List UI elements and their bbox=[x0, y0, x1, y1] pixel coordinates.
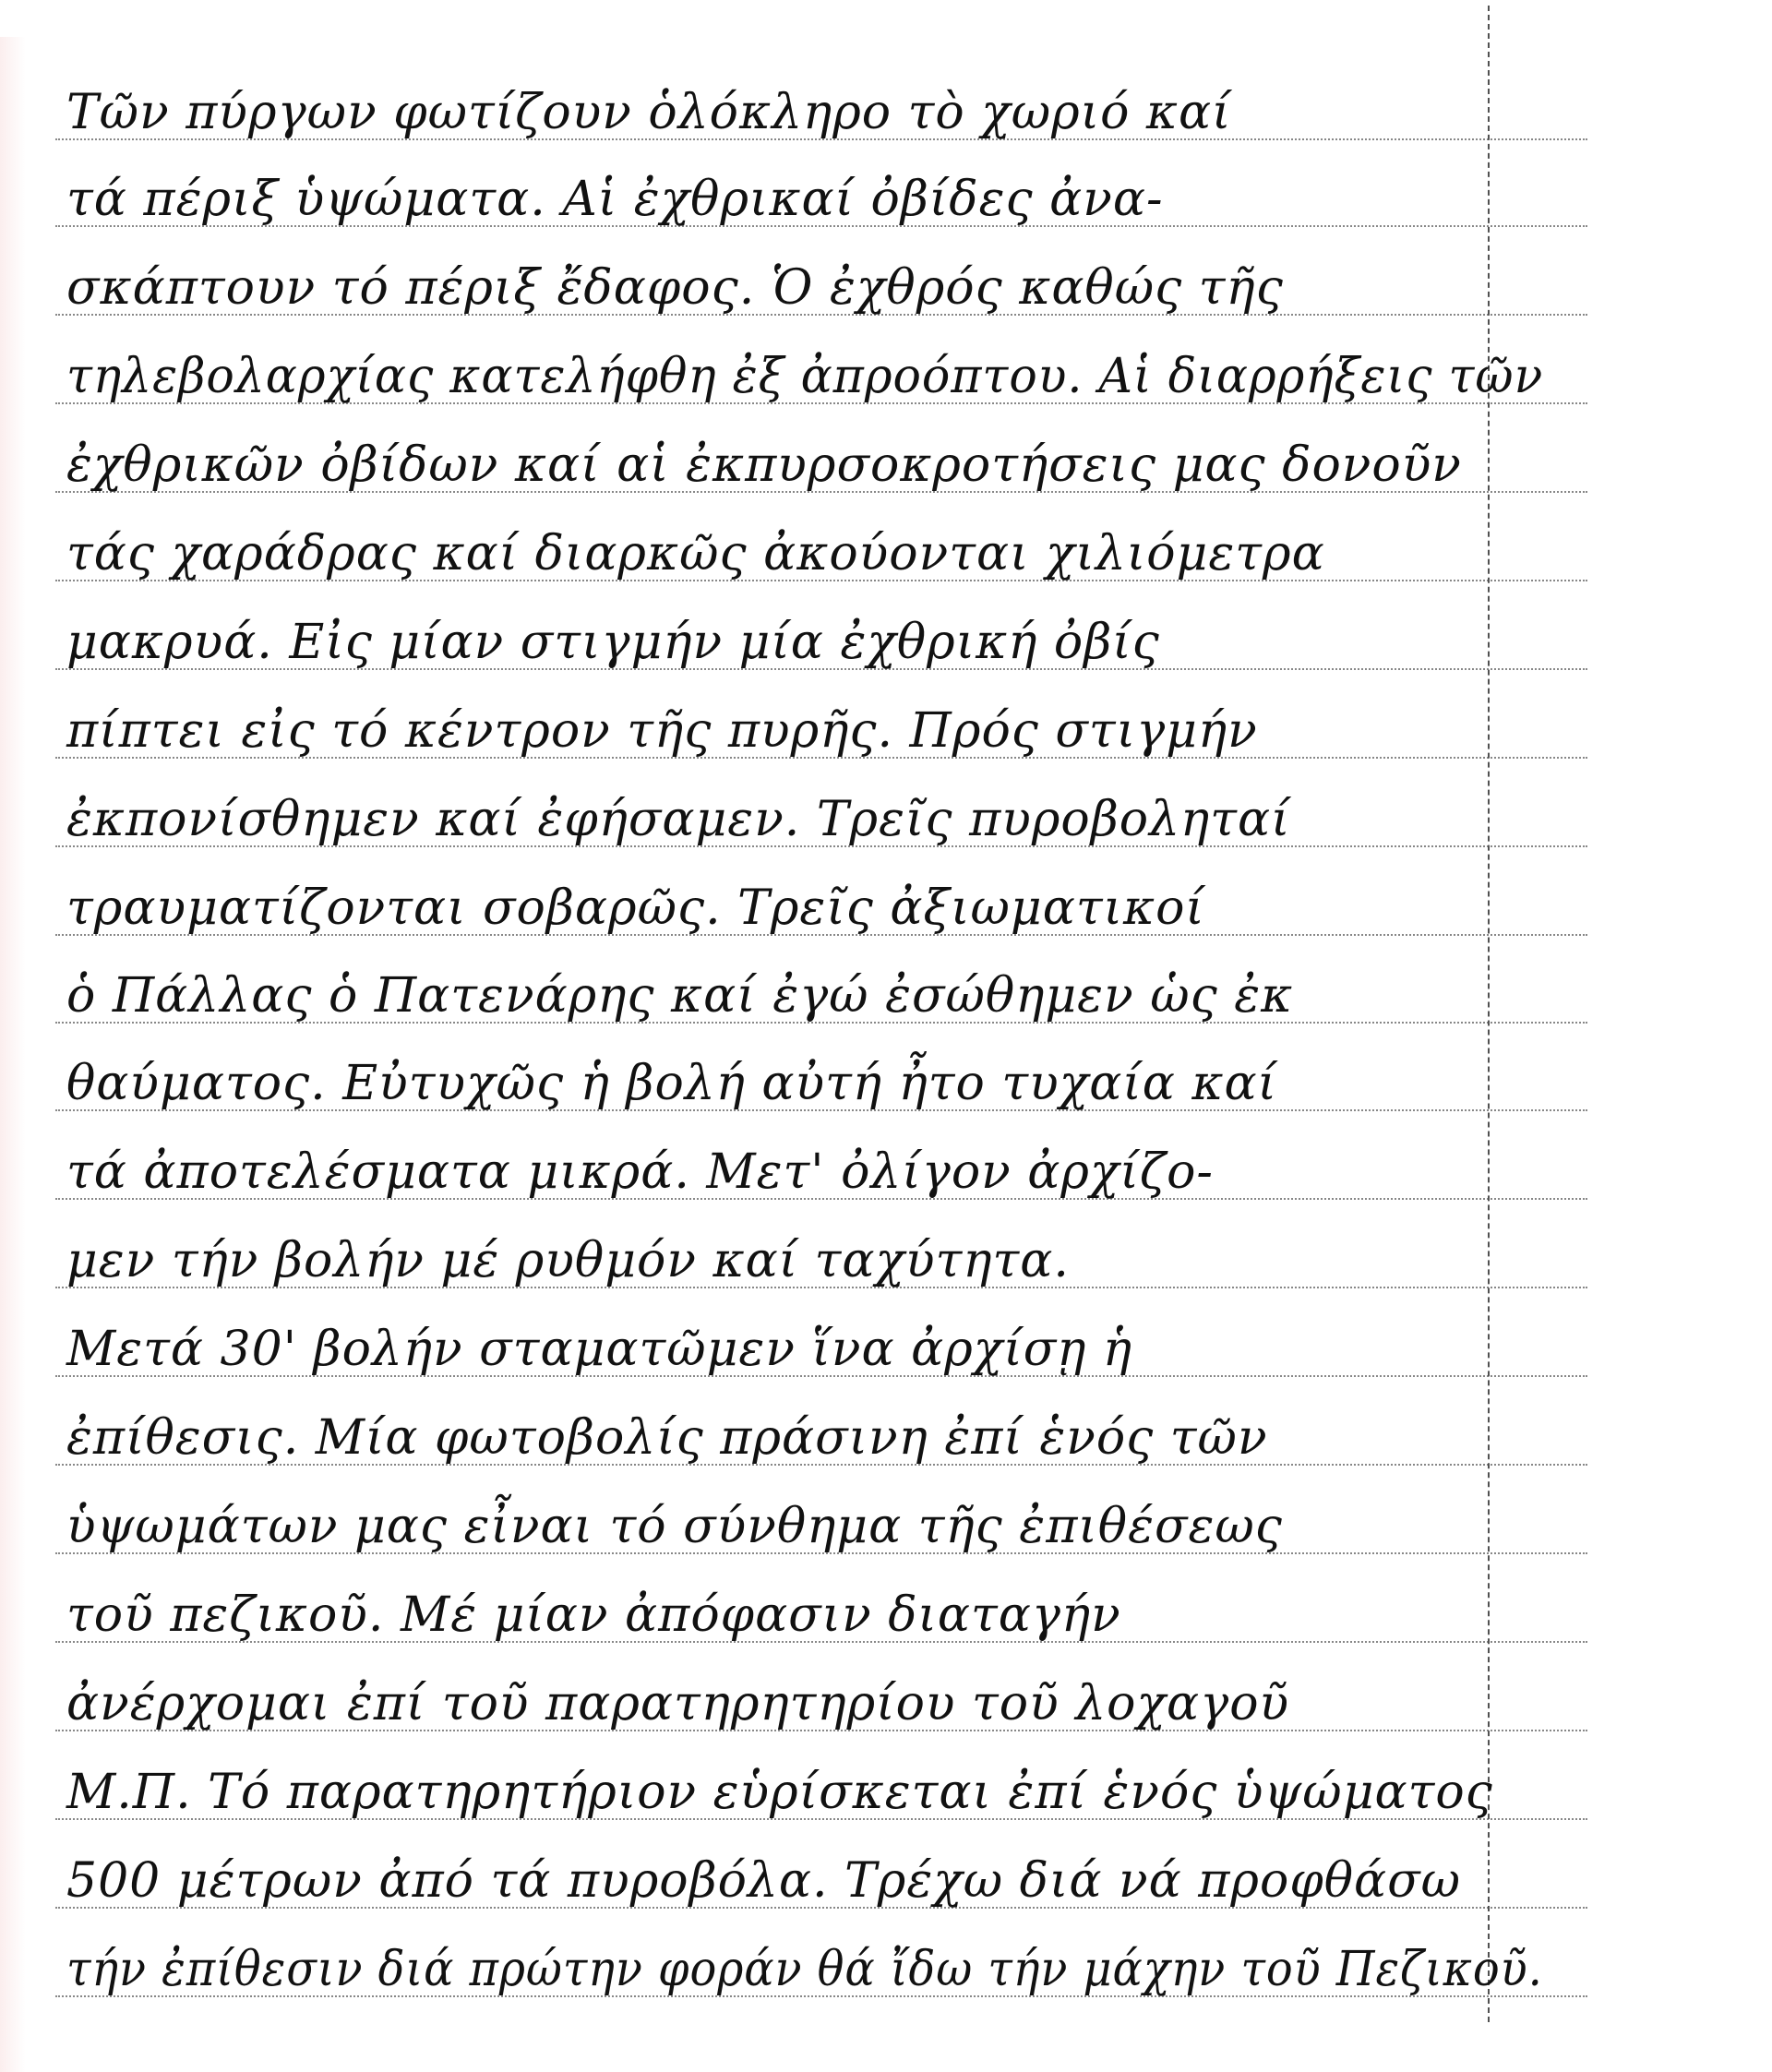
line-text: ἐκπονίσθημεν καί ἐφήσαμεν. Τρεῖς πυροβολ… bbox=[66, 796, 1290, 844]
line-text: τοῦ πεζικοῦ. Μέ μίαν ἀπόφασιν διαταγήν bbox=[66, 1591, 1121, 1639]
line-text: θαύματος. Εὐτυχῶς ἡ βολή αὐτή ἦτο τυχαία… bbox=[66, 1060, 1277, 1108]
text-line: ἐπίθεσις. Μία φωτοβολίς πράσινη ἐπί ἑνός… bbox=[55, 1377, 1587, 1466]
text-line: ὁ Πάλλας ὁ Πατενάρης καί ἐγώ ἐσώθημεν ὡς… bbox=[55, 935, 1587, 1024]
text-lines: Τῶν πύργων φωτίζουν ὁλόκληρο τὸ χωριό κα… bbox=[0, 0, 1772, 2072]
line-text: τραυματίζονται σοβαρῶς. Τρεῖς ἀξιωματικο… bbox=[66, 884, 1205, 932]
text-line: τοῦ πεζικοῦ. Μέ μίαν ἀπόφασιν διαταγήν bbox=[55, 1554, 1587, 1643]
text-line: Τῶν πύργων φωτίζουν ὁλόκληρο τὸ χωριό κα… bbox=[55, 52, 1587, 140]
text-line: ἐκπονίσθημεν καί ἐφήσαμεν. Τρεῖς πυροβολ… bbox=[55, 759, 1587, 847]
text-line: τά ἀποτελέσματα μικρά. Μετ' ὀλίγον ἀρχίζ… bbox=[55, 1111, 1587, 1200]
text-line: τηλεβολαρχίας κατελήφθη ἐξ ἀπροόπτου. Αἱ… bbox=[55, 316, 1587, 404]
line-text: ἐπίθεσις. Μία φωτοβολίς πράσινη ἐπί ἑνός… bbox=[66, 1414, 1268, 1462]
line-text: ἐχθρικῶν ὀβίδων καί αἱ ἐκπυρσοκροτήσεις … bbox=[66, 441, 1462, 489]
line-text: Μετά 30' βολήν σταματῶμεν ἵνα ἀρχίσῃ ἡ bbox=[66, 1325, 1132, 1373]
line-text: Μ.Π. Τό παρατηρητήριον εὑρίσκεται ἐπί ἑν… bbox=[66, 1768, 1493, 1816]
text-line: μεν τήν βολήν μέ ρυθμόν καί ταχύτητα. bbox=[55, 1200, 1587, 1288]
text-line: ἀνέρχομαι ἐπί τοῦ παρατηρητηρίου τοῦ λοχ… bbox=[55, 1643, 1587, 1731]
text-line: σκάπτουν τό πέριξ ἔδαφος. Ὁ ἐχθρός καθώς… bbox=[55, 227, 1587, 316]
handwritten-page: Τῶν πύργων φωτίζουν ὁλόκληρο τὸ χωριό κα… bbox=[0, 0, 1772, 2072]
text-line: Μ.Π. Τό παρατηρητήριον εὑρίσκεται ἐπί ἑν… bbox=[55, 1731, 1587, 1820]
line-text: μεν τήν βολήν μέ ρυθμόν καί ταχύτητα. bbox=[66, 1237, 1070, 1285]
line-text: τάς χαράδρας καί διαρκῶς ἀκούονται χιλιό… bbox=[66, 530, 1325, 578]
text-line: τάς χαράδρας καί διαρκῶς ἀκούονται χιλιό… bbox=[55, 493, 1587, 581]
text-line: τραυματίζονται σοβαρῶς. Τρεῖς ἀξιωματικο… bbox=[55, 847, 1587, 936]
line-text: πίπτει εἰς τό κέντρον τῆς πυρῆς. Πρός στ… bbox=[66, 707, 1258, 755]
text-line: τήν ἐπίθεσιν διά πρώτην φοράν θά ἴδω τήν… bbox=[55, 1909, 1587, 1997]
text-line: ἐχθρικῶν ὀβίδων καί αἱ ἐκπυρσοκροτήσεις … bbox=[55, 404, 1587, 493]
text-line: τά πέριξ ὑψώματα. Αἱ ἐχθρικαί ὀβίδες ἀνα… bbox=[55, 138, 1587, 227]
line-text: τηλεβολαρχίας κατελήφθη ἐξ ἀπροόπτου. Αἱ… bbox=[66, 353, 1543, 401]
line-text: σκάπτουν τό πέριξ ἔδαφος. Ὁ ἐχθρός καθώς… bbox=[66, 264, 1284, 312]
line-text: ὁ Πάλλας ὁ Πατενάρης καί ἐγώ ἐσώθημεν ὡς… bbox=[66, 972, 1293, 1020]
line-text: 500 μέτρων ἀπό τά πυροβόλα. Τρέχω διά νά… bbox=[66, 1857, 1461, 1905]
text-line: Μετά 30' βολήν σταματῶμεν ἵνα ἀρχίσῃ ἡ bbox=[55, 1288, 1587, 1377]
line-text: μακρυά. Εἰς μίαν στιγμήν μία ἐχθρική ὀβί… bbox=[66, 618, 1160, 666]
text-line: πίπτει εἰς τό κέντρον τῆς πυρῆς. Πρός στ… bbox=[55, 670, 1587, 759]
line-text: ὑψωμάτων μας εἶναι τό σύνθημα τῆς ἐπιθέσ… bbox=[66, 1503, 1283, 1551]
line-text: ἀνέρχομαι ἐπί τοῦ παρατηρητηρίου τοῦ λοχ… bbox=[66, 1680, 1289, 1728]
text-line: μακρυά. Εἰς μίαν στιγμήν μία ἐχθρική ὀβί… bbox=[55, 581, 1587, 670]
line-text: τήν ἐπίθεσιν διά πρώτην φοράν θά ἴδω τήν… bbox=[66, 1946, 1543, 1994]
line-text: Τῶν πύργων φωτίζουν ὁλόκληρο τὸ χωριό κα… bbox=[66, 89, 1232, 137]
line-text: τά ἀποτελέσματα μικρά. Μετ' ὀλίγον ἀρχίζ… bbox=[66, 1148, 1214, 1196]
line-text: τά πέριξ ὑψώματα. Αἱ ἐχθρικαί ὀβίδες ἀνα… bbox=[66, 175, 1164, 223]
text-line: θαύματος. Εὐτυχῶς ἡ βολή αὐτή ἦτο τυχαία… bbox=[55, 1023, 1587, 1111]
text-line: ὑψωμάτων μας εἶναι τό σύνθημα τῆς ἐπιθέσ… bbox=[55, 1466, 1587, 1554]
text-line: 500 μέτρων ἀπό τά πυροβόλα. Τρέχω διά νά… bbox=[55, 1820, 1587, 1909]
